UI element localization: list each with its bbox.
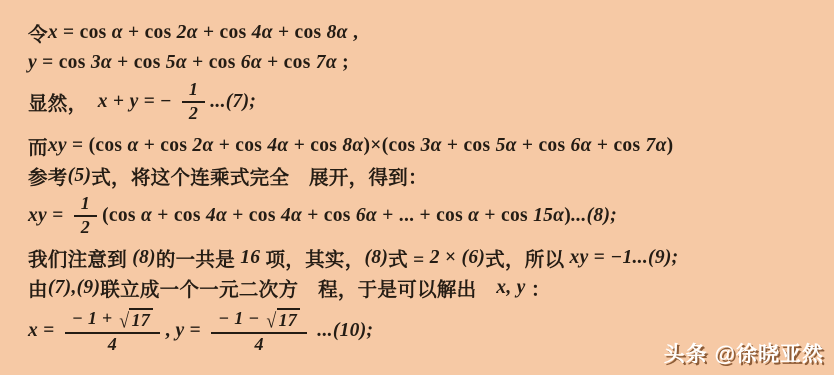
math-text: 联立成一个一元二次方 程，于是可以解出 xyxy=(100,274,496,302)
square-root: √17 xyxy=(119,308,153,331)
math-text: + cos xyxy=(302,205,356,227)
fraction-numerator: 1 xyxy=(182,80,205,103)
math-text: 5α xyxy=(166,52,187,74)
math-text: = − xyxy=(139,91,177,113)
formula-line-4: 而xy = (cos α + cos 2α + cos 4α + cos 8α)… xyxy=(28,131,828,161)
math-text: + cos xyxy=(289,135,343,157)
math-text: + cos xyxy=(112,52,166,74)
text-line-8: 由(7),(9)联立成一个一元二次方 程，于是可以解出 x, y ： xyxy=(28,273,828,303)
math-text: = xyxy=(589,247,611,269)
math-text: + cos xyxy=(262,52,316,74)
math-text: + cos xyxy=(273,22,327,44)
fraction-numerator: 1 xyxy=(74,194,97,217)
math-text: (8) xyxy=(365,247,389,269)
math-text: 7α xyxy=(316,52,337,74)
fraction: − 1 + √174 xyxy=(65,308,160,355)
math-text: − 1 − xyxy=(218,309,264,329)
math-text: (8) xyxy=(132,247,156,269)
math-text: 4 xyxy=(254,334,263,354)
radicand: 17 xyxy=(129,308,153,331)
math-text: 8α xyxy=(327,22,348,44)
math-text: α xyxy=(468,205,479,227)
math-text: ) xyxy=(667,135,674,157)
math-text: , xyxy=(165,320,175,342)
math-text: 6α xyxy=(241,52,262,74)
math-text: 4α xyxy=(267,135,288,157)
radical-sign: √ xyxy=(266,310,276,331)
fraction-denominator: 2 xyxy=(189,103,198,124)
fraction: 12 xyxy=(182,80,205,124)
math-text: xy xyxy=(28,205,47,227)
formula-line-1: 令x = cos α + cos 2α + cos 4α + cos 8α , xyxy=(28,18,828,48)
math-text: 5α xyxy=(496,135,517,157)
math-text: + cos xyxy=(592,135,646,157)
math-text: 16 xyxy=(240,247,260,269)
math-text: 参考 xyxy=(28,162,68,190)
math-text: α xyxy=(141,205,152,227)
math-text: = xyxy=(38,320,60,342)
math-text: y xyxy=(130,91,139,113)
math-text: , xyxy=(348,22,358,44)
math-text: 式，所以 xyxy=(485,244,569,272)
math-text: α xyxy=(112,22,123,44)
math-text: 2α xyxy=(192,135,213,157)
math-text: + cos xyxy=(227,205,281,227)
math-text: 2 xyxy=(430,247,440,269)
math-text: + cos xyxy=(517,135,571,157)
math-text: xy xyxy=(48,135,67,157)
math-text: 17 xyxy=(131,310,150,330)
math-text: 4α xyxy=(206,205,227,227)
math-text: 3α xyxy=(91,52,112,74)
math-text: 令 xyxy=(28,19,48,47)
math-text: x, y xyxy=(496,277,525,299)
math-text: 1 xyxy=(81,194,90,214)
math-text: x xyxy=(48,22,58,44)
fraction-numerator: − 1 − √17 xyxy=(211,308,307,334)
math-text: 我们注意到 xyxy=(28,244,132,272)
math-text: 4α xyxy=(281,205,302,227)
math-text: + cos xyxy=(198,22,252,44)
fraction-numerator: − 1 + √17 xyxy=(65,308,160,334)
math-text: = cos xyxy=(37,52,91,74)
math-text: ; xyxy=(337,52,349,74)
fraction: − 1 − √174 xyxy=(211,308,307,355)
math-text: 2α xyxy=(177,22,198,44)
math-text: )×(cos xyxy=(364,135,421,157)
math-text: 1 xyxy=(189,80,198,100)
math-text: + cos xyxy=(152,205,206,227)
math-text: 式 = xyxy=(388,244,430,272)
math-text: 由 xyxy=(28,274,48,302)
text-line-7: 我们注意到 (8)的一共是 16 项，其实，(8)式 = 2 × (6)式，所以… xyxy=(28,243,828,273)
math-text: y xyxy=(175,320,184,342)
math-text: + cos xyxy=(442,135,496,157)
math-text: 17 xyxy=(279,310,298,330)
formula-line-2: y = cos 3α + cos 5α + cos 6α + cos 7α ; xyxy=(28,48,828,78)
math-text: × xyxy=(440,247,462,269)
fraction: 12 xyxy=(74,194,97,238)
math-text: 显然， xyxy=(28,88,98,116)
math-text: −1...(9); xyxy=(610,247,678,269)
math-text: x xyxy=(28,320,38,342)
radicand: 17 xyxy=(277,308,301,331)
math-text: y xyxy=(28,52,37,74)
math-text: xy xyxy=(570,247,589,269)
math-text: + ... + cos xyxy=(377,205,468,227)
math-text: = xyxy=(47,205,69,227)
math-text: + cos xyxy=(479,205,533,227)
math-text: + cos xyxy=(123,22,177,44)
text-line-5: 参考(5)式，将这个连乘式完全 展开，得到： xyxy=(28,161,828,191)
math-text: (cos xyxy=(102,205,141,227)
math-text: + cos xyxy=(139,135,193,157)
watermark: 头条 @徐晓亚然 xyxy=(664,338,824,368)
math-text: 2 xyxy=(189,103,198,123)
math-text: 的一共是 xyxy=(156,244,240,272)
math-note-page: 令x = cos α + cos 2α + cos 4α + cos 8α , … xyxy=(0,0,834,375)
math-text: 4α xyxy=(252,22,273,44)
math-text: 6α xyxy=(356,205,377,227)
math-text: − 1 + xyxy=(72,309,117,329)
square-root: √17 xyxy=(266,308,300,331)
radical-sign: √ xyxy=(119,310,129,331)
math-text: 8α xyxy=(342,135,363,157)
math-text: 7α xyxy=(646,135,667,157)
math-text: 4 xyxy=(108,334,117,354)
math-text: ) xyxy=(564,205,571,227)
fraction-denominator: 4 xyxy=(108,334,117,355)
formula-line-6: xy = 12(cos α + cos 4α + cos 4α + cos 6α… xyxy=(28,191,828,241)
math-content: 令x = cos α + cos 2α + cos 4α + cos 8α , … xyxy=(28,10,828,359)
math-text: ...(10); xyxy=(317,320,373,342)
math-text: = (cos xyxy=(67,135,128,157)
math-text: = xyxy=(184,320,206,342)
math-text: 2 xyxy=(81,217,90,237)
math-text: ...(8); xyxy=(571,205,617,227)
math-text: 项，其实， xyxy=(260,244,364,272)
math-text: (6) xyxy=(462,247,486,269)
fraction-denominator: 4 xyxy=(254,334,263,355)
math-text: + xyxy=(108,91,130,113)
math-text: 式，将这个连乘式完全 展开，得到： xyxy=(91,162,428,190)
math-text: = cos xyxy=(58,22,112,44)
math-text: 15α xyxy=(533,205,564,227)
math-text: + cos xyxy=(187,52,241,74)
math-text: x xyxy=(98,91,108,113)
math-text: ： xyxy=(526,274,551,302)
math-text: + cos xyxy=(214,135,268,157)
fraction-denominator: 2 xyxy=(81,217,90,238)
math-text: 而 xyxy=(28,132,48,160)
math-text: α xyxy=(127,135,138,157)
formula-line-3: 显然， x + y = − 12...(7); xyxy=(28,78,828,126)
math-text: ...(7); xyxy=(210,91,256,113)
math-text: 6α xyxy=(571,135,592,157)
math-text: (5) xyxy=(68,165,92,187)
math-text: (7),(9) xyxy=(48,277,100,299)
math-text: 3α xyxy=(421,135,442,157)
